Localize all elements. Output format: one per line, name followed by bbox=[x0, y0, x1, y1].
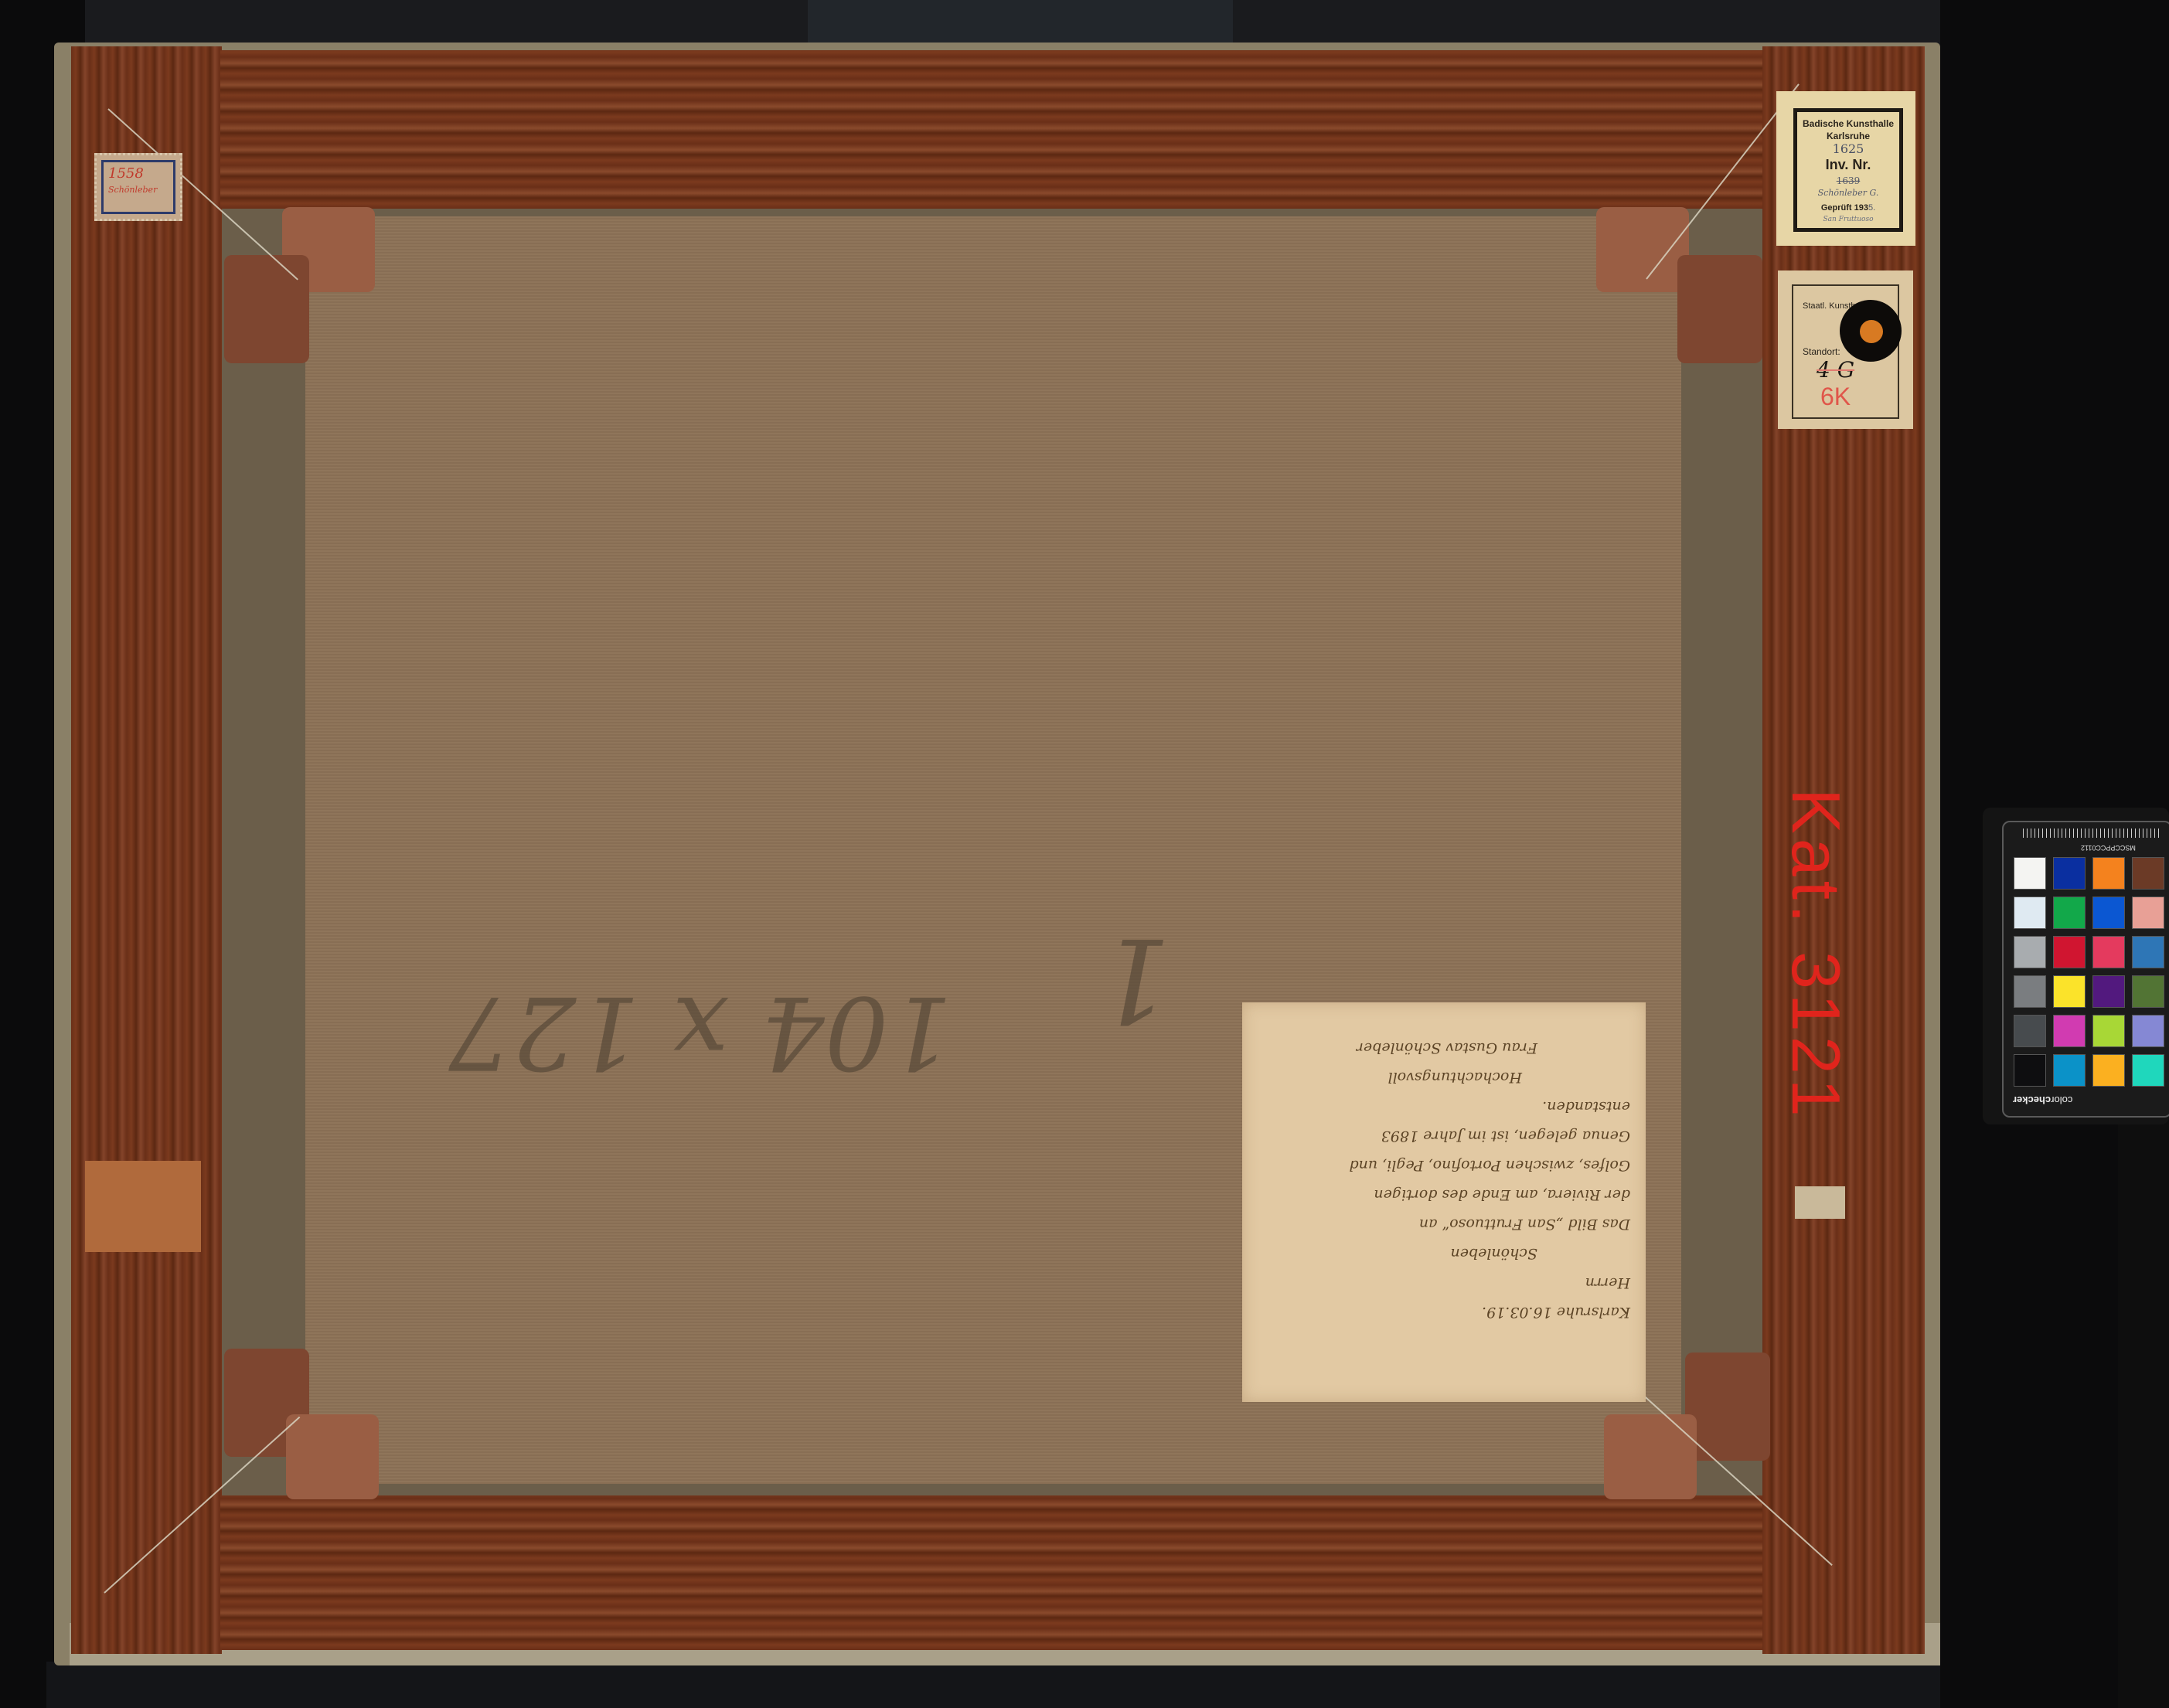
color-swatch bbox=[2092, 975, 2125, 1008]
pencil-dimensions-inscription: 104 x 127 bbox=[448, 974, 952, 1091]
stretcher-bar-top bbox=[220, 50, 1762, 209]
stamp-number: 1558 bbox=[104, 162, 173, 185]
color-swatch bbox=[2132, 897, 2164, 929]
color-swatch bbox=[2132, 1015, 2164, 1047]
location-label: Staatl. Kunsthalle Standort: 4 G 6K bbox=[1778, 270, 1913, 429]
color-swatch bbox=[2053, 1015, 2086, 1047]
new-location: 6K bbox=[1820, 383, 1851, 411]
checker-serial: MSCCPPCC0112 bbox=[2081, 844, 2136, 852]
corner-key-bottom-left-2 bbox=[286, 1414, 379, 1499]
backdrop-board-top-center bbox=[808, 0, 1233, 46]
corner-key-top-right-2 bbox=[1677, 255, 1762, 363]
old-location: 4 G bbox=[1817, 357, 1854, 383]
pencil-mark: 1 bbox=[1098, 912, 1171, 1046]
color-swatch bbox=[2053, 1054, 2086, 1087]
color-swatch bbox=[2014, 897, 2046, 929]
note-line: Herrn bbox=[1258, 1268, 1630, 1298]
inventory-label-text: Inv. Nr. bbox=[1797, 157, 1899, 173]
inventory-label: Badische Kunsthalle Karlsruhe 1625 Inv. … bbox=[1776, 91, 1915, 246]
color-swatch bbox=[2092, 936, 2125, 968]
color-swatch bbox=[2014, 1015, 2046, 1047]
collection-stamp-label: 1558 Schönleber bbox=[94, 153, 182, 221]
color-checker-card: MSCCPPCC0112 colorchecker bbox=[2002, 821, 2169, 1118]
red-inventory-inscription: Kat. 3121 bbox=[1776, 788, 1855, 1121]
inventory-number: 1625 bbox=[1797, 141, 1899, 156]
institution-name: Badische Kunsthalle bbox=[1797, 118, 1899, 129]
color-swatch bbox=[2092, 897, 2125, 929]
artist-name: Schönleber G. bbox=[1797, 188, 1899, 198]
note-line: Schönleben bbox=[1258, 1239, 1630, 1268]
ruler-scale bbox=[2023, 828, 2162, 838]
note-line: Golfes, zwischen Portofino, Pegli, und bbox=[1258, 1151, 1630, 1180]
color-swatch bbox=[2014, 1054, 2046, 1087]
checker-stand bbox=[2118, 1082, 2169, 1708]
color-swatch bbox=[2014, 936, 2046, 968]
note-line: Karlsruhe 16.03.19. bbox=[1258, 1298, 1630, 1327]
institution-city: Karlsruhe bbox=[1797, 131, 1899, 141]
location-label-text: Standort: bbox=[1803, 346, 1840, 357]
corner-key-bottom-right-2 bbox=[1604, 1414, 1697, 1499]
color-swatch bbox=[2132, 936, 2164, 968]
note-line: Das Bild „San Fruttuoso“ an bbox=[1258, 1210, 1630, 1239]
color-swatch bbox=[2092, 1054, 2125, 1087]
color-swatch bbox=[2053, 897, 2086, 929]
color-swatch bbox=[2014, 857, 2046, 890]
color-swatch bbox=[2132, 1054, 2164, 1087]
checker-brand: colorchecker bbox=[2013, 1094, 2072, 1106]
stretcher-bar-left bbox=[71, 46, 222, 1654]
color-dot-sticker bbox=[1840, 300, 1902, 362]
color-swatch bbox=[2092, 1015, 2125, 1047]
color-swatch bbox=[2053, 936, 2086, 968]
checked-label: Geprüft 1935. bbox=[1797, 203, 1899, 213]
color-swatch bbox=[2053, 975, 2086, 1008]
color-swatch bbox=[2092, 857, 2125, 890]
note-line: der Riviera, am Ende des dortigen bbox=[1258, 1180, 1630, 1210]
backdrop-board-bottom bbox=[46, 1662, 1940, 1708]
corner-key-top-left-2 bbox=[224, 255, 309, 363]
note-line: entstanden. bbox=[1258, 1092, 1630, 1121]
note-line: Hochachtungsvoll bbox=[1258, 1063, 1630, 1092]
struck-inventory-number: 1639 bbox=[1797, 175, 1899, 186]
color-swatch bbox=[2053, 857, 2086, 890]
color-swatch bbox=[2132, 975, 2164, 1008]
note-line: Frau Gustav Schönleber bbox=[1258, 1033, 1630, 1063]
handwritten-letter-note: Karlsruhe 16.03.19. Herrn Schönleben Das… bbox=[1242, 1002, 1646, 1402]
worn-label-patch bbox=[85, 1161, 201, 1252]
corner-key-top-right bbox=[1596, 207, 1689, 292]
color-swatch bbox=[2132, 857, 2164, 890]
color-swatch bbox=[2014, 975, 2046, 1008]
color-swatch-grid bbox=[2014, 857, 2164, 1087]
small-paper-tag bbox=[1795, 1186, 1845, 1219]
painting-title: San Fruttuoso bbox=[1797, 216, 1899, 223]
note-line: Genua gelegen, ist im Jahre 1893 bbox=[1258, 1121, 1630, 1151]
note-text: Karlsruhe 16.03.19. Herrn Schönleben Das… bbox=[1258, 1033, 1630, 1327]
stretcher-bar-bottom bbox=[220, 1495, 1762, 1650]
stamp-text: Schönleber bbox=[104, 185, 173, 195]
